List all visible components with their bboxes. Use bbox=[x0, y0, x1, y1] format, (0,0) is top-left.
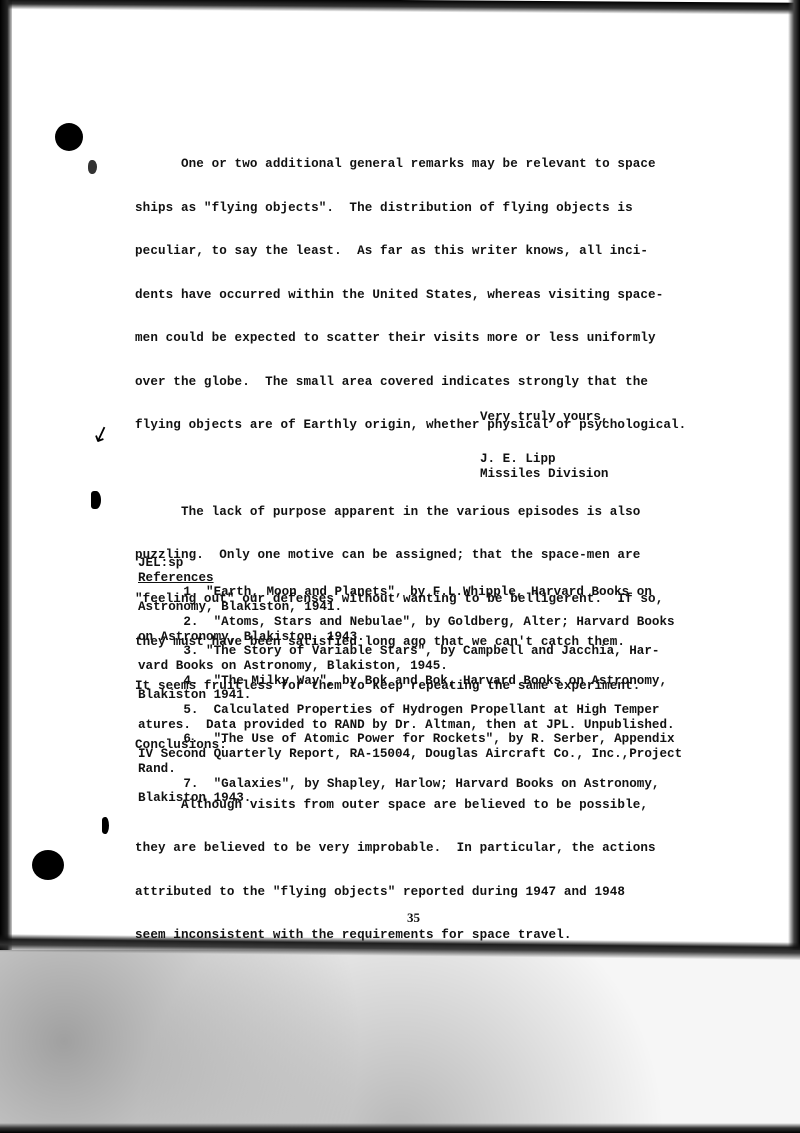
text-line: attributed to the "flying objects" repor… bbox=[135, 885, 775, 900]
scan-border-bottom bbox=[0, 1123, 800, 1133]
reference-line: 4. "The Milky Way", by Bok and Bok, Harv… bbox=[138, 674, 778, 689]
text-line: ships as "flying objects". The distribut… bbox=[135, 201, 775, 216]
references-heading: References bbox=[138, 571, 778, 586]
text-line: flying objects are of Earthly origin, wh… bbox=[135, 418, 775, 433]
text-line: peculiar, to say the least. As far as th… bbox=[135, 244, 775, 259]
punch-hole-mark-small bbox=[88, 160, 97, 174]
reference-line: 7. "Galaxies", by Shapley, Harlow; Harva… bbox=[138, 777, 778, 792]
punch-hole-lower-mark bbox=[102, 817, 109, 834]
paragraph-remarks: One or two additional general remarks ma… bbox=[135, 128, 775, 462]
letter-body: One or two additional general remarks ma… bbox=[135, 128, 775, 972]
reference-line: Rand. bbox=[138, 762, 778, 777]
closing-salutation: Very truly yours, bbox=[480, 410, 608, 425]
reference-line: 1. "Earth, Moon and Planets", by F.L.Whi… bbox=[138, 585, 778, 600]
references-section: JEL:sp References 1. "Earth, Moon and Pl… bbox=[138, 556, 778, 806]
reference-line: 6. "The Use of Atomic Power for Rockets"… bbox=[138, 732, 778, 747]
reference-line: atures. Data provided to RAND by Dr. Alt… bbox=[138, 718, 778, 733]
text-line: over the globe. The small area covered i… bbox=[135, 375, 775, 390]
reference-line: 3. "The Story of Variable Stars", by Cam… bbox=[138, 644, 778, 659]
handwritten-arrow-mark: ↙ bbox=[88, 420, 114, 450]
text-line: The lack of purpose apparent in the vari… bbox=[135, 505, 775, 520]
punch-hole-top bbox=[55, 123, 83, 151]
text-line: One or two additional general remarks ma… bbox=[135, 157, 775, 172]
signatory-name: J. E. Lipp bbox=[480, 452, 608, 467]
page-number: 35 bbox=[407, 910, 420, 926]
reference-line: IV Second Quarterly Report, RA-15004, Do… bbox=[138, 747, 778, 762]
punch-hole-middle bbox=[91, 491, 101, 509]
reference-line: 2. "Atoms, Stars and Nebulae", by Goldbe… bbox=[138, 615, 778, 630]
signature-block: J. E. Lipp Missiles Division bbox=[480, 452, 608, 481]
reference-line: Blakiston 1941. bbox=[138, 688, 778, 703]
reference-line: Blakiston 1943. bbox=[138, 791, 778, 806]
signatory-division: Missiles Division bbox=[480, 467, 608, 482]
reference-line: 5. Calculated Properties of Hydrogen Pro… bbox=[138, 703, 778, 718]
scan-border-top bbox=[0, 0, 800, 15]
scanner-bed-area bbox=[0, 950, 800, 1133]
text-line: dents have occurred within the United St… bbox=[135, 288, 775, 303]
typist-initials: JEL:sp bbox=[138, 556, 778, 571]
punch-hole-bottom bbox=[32, 850, 64, 880]
text-line: seem inconsistent with the requirements … bbox=[135, 928, 775, 943]
reference-line: vard Books on Astronomy, Blakiston, 1945… bbox=[138, 659, 778, 674]
reference-line: Astronomy, Blakiston, 1941. bbox=[138, 600, 778, 615]
text-line: they are believed to be very improbable.… bbox=[135, 841, 775, 856]
reference-line: on Astronomy, Blakiston, 1943. bbox=[138, 630, 778, 645]
text-line: men could be expected to scatter their v… bbox=[135, 331, 775, 346]
